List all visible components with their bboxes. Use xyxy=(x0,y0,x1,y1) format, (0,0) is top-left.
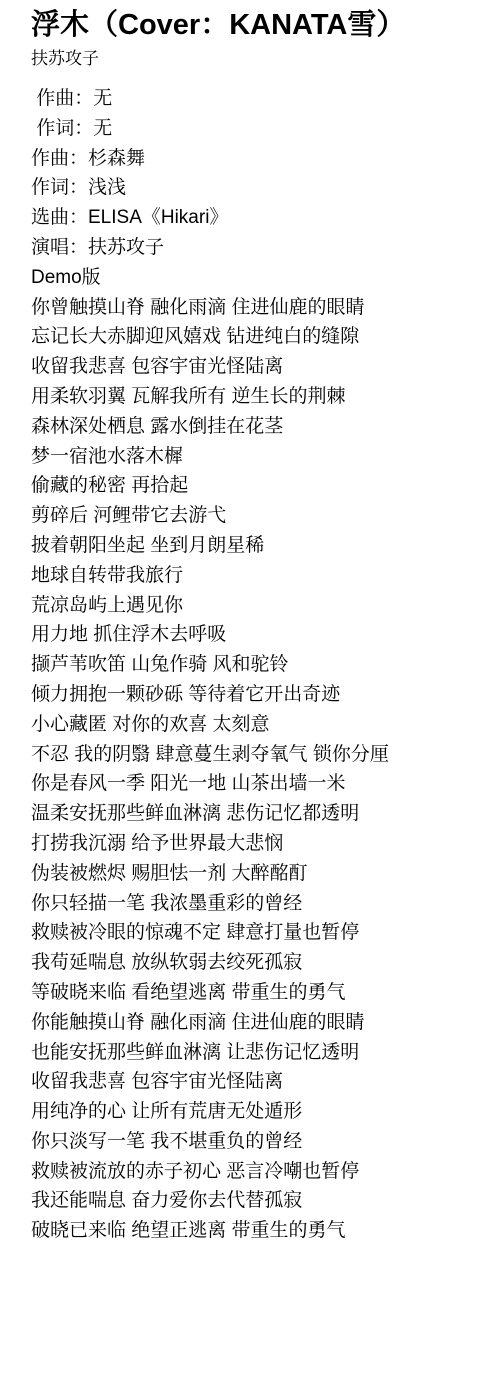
lyric-line: 破晓已来临 绝望正逃离 带重生的勇气 xyxy=(31,1216,480,1246)
lyric-line: 你是春风一季 阳光一地 山茶出墙一米 xyxy=(31,769,480,799)
credit-line: 选曲：ELISA《Hikari》 xyxy=(31,203,480,233)
lyric-line: 小心藏匿 对你的欢喜 太刻意 xyxy=(31,710,480,740)
lyric-line: 救赎被流放的赤子初心 恶言冷嘲也暂停 xyxy=(31,1157,480,1187)
lyric-line: 温柔安抚那些鲜血淋漓 悲伤记忆都透明 xyxy=(31,799,480,829)
lyric-line: 忘记长大赤脚迎风嬉戏 钻进纯白的缝隙 xyxy=(31,322,480,352)
credit-line: 作词：浅浅 xyxy=(31,173,480,203)
lyric-line: 地球自转带我旅行 xyxy=(31,561,480,591)
lyrics-block: 你曾触摸山脊 融化雨滴 住进仙鹿的眼睛忘记长大赤脚迎风嬉戏 钻进纯白的缝隙收留我… xyxy=(31,293,480,1247)
lyric-line: 荒凉岛屿上遇见你 xyxy=(31,591,480,621)
lyrics-page: 浮木（Cover：KANATA雪） 扶苏攻子 作曲：无 作词：无作曲：杉森舞作词… xyxy=(0,0,500,1246)
lyric-line: 梦一宿池水落木樨 xyxy=(31,442,480,472)
lyric-line: 你只淡写一笔 我不堪重负的曾经 xyxy=(31,1127,480,1157)
page-title: 浮木（Cover：KANATA雪） xyxy=(31,6,480,44)
lyric-line: 不忍 我的阴翳 肆意蔓生剥夺氧气 锁你分厘 xyxy=(31,740,480,770)
lyric-line: 撷芦苇吹笛 山兔作骑 风和驼铃 xyxy=(31,650,480,680)
lyric-line: 也能安抚那些鲜血淋漓 让悲伤记忆透明 xyxy=(31,1038,480,1068)
credit-line: 作曲：无 xyxy=(31,84,480,114)
lyric-line: 等破晓来临 看绝望逃离 带重生的勇气 xyxy=(31,978,480,1008)
lyric-line: 伪装被燃烬 赐胆怯一剂 大醉酩酊 xyxy=(31,859,480,889)
lyric-line: 你只轻描一笔 我浓墨重彩的曾经 xyxy=(31,889,480,919)
lyric-line: 倾力拥抱一颗砂砾 等待着它开出奇迹 xyxy=(31,680,480,710)
lyric-line: 用柔软羽翼 瓦解我所有 逆生长的荆棘 xyxy=(31,382,480,412)
lyric-line: 用力地 抓住浮木去呼吸 xyxy=(31,620,480,650)
credit-line: 作词：无 xyxy=(31,114,480,144)
lyric-line: 偷藏的秘密 再拾起 xyxy=(31,471,480,501)
lyric-line: 收留我悲喜 包容宇宙光怪陆离 xyxy=(31,352,480,382)
song-credits-block: 作曲：无 作词：无作曲：杉森舞作词：浅浅选曲：ELISA《Hikari》演唱：扶… xyxy=(31,84,480,293)
lyric-line: 救赎被冷眼的惊魂不定 肆意打量也暂停 xyxy=(31,918,480,948)
lyric-line: 剪碎后 河鲤带它去游弋 xyxy=(31,501,480,531)
credit-line: Demo版 xyxy=(31,263,480,293)
lyric-line: 你曾触摸山脊 融化雨滴 住进仙鹿的眼睛 xyxy=(31,293,480,323)
artist-name: 扶苏攻子 xyxy=(31,48,480,70)
lyric-line: 用纯净的心 让所有荒唐无处遁形 xyxy=(31,1097,480,1127)
lyric-line: 我苟延喘息 放纵软弱去绞死孤寂 xyxy=(31,948,480,978)
credit-line: 演唱：扶苏攻子 xyxy=(31,233,480,263)
lyric-line: 收留我悲喜 包容宇宙光怪陆离 xyxy=(31,1067,480,1097)
lyric-line: 披着朝阳坐起 坐到月朗星稀 xyxy=(31,531,480,561)
lyric-line: 森林深处栖息 露水倒挂在花茎 xyxy=(31,412,480,442)
lyric-line: 我还能喘息 奋力爱你去代替孤寂 xyxy=(31,1186,480,1216)
lyric-line: 打捞我沉溺 给予世界最大悲悯 xyxy=(31,829,480,859)
lyric-line: 你能触摸山脊 融化雨滴 住进仙鹿的眼睛 xyxy=(31,1008,480,1038)
credit-line: 作曲：杉森舞 xyxy=(31,144,480,174)
